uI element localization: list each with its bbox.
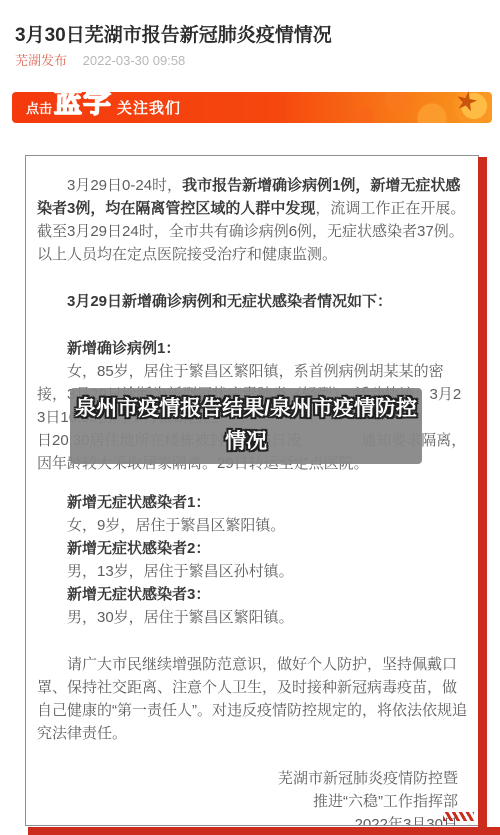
banner-follow-label: 关注我们: [117, 97, 181, 118]
asym3-text: 男，30岁，居住于繁昌区繁阳镇。: [37, 606, 468, 629]
asym1-title: 新增无症状感染者1：: [37, 491, 468, 514]
article-page: 3月30日芜湖市报告新冠肺炎疫情情况 芜湖发布 2022-03-30 09:58…: [0, 0, 500, 835]
asym2-title: 新增无症状感染者2：: [37, 537, 468, 560]
asym2-text: 男，13岁，居住于繁昌区孙村镇。: [37, 560, 468, 583]
paragraph-1-start: 3月29日0-24时，: [67, 177, 182, 194]
asym3-title: 新增无症状感染者3：: [37, 583, 468, 606]
page-title: 3月30日芜湖市报告新冠肺炎疫情情况: [15, 23, 485, 49]
watermark-text: 泉州市疫情报告结果/泉州市疫情防控情况: [75, 397, 417, 453]
right-accent-bar: [478, 157, 487, 827]
account-name-link[interactable]: 芜湖发布: [15, 53, 67, 68]
report-paragraph-1: 3月29日0-24时，我市报告新增确诊病例1例，新增无症状感染者3例，均在隔离管…: [37, 174, 468, 266]
star-icon: ★: [452, 84, 481, 119]
signature-date: 2022年3月30日: [37, 813, 458, 826]
banner-click-label: 点击: [26, 98, 52, 117]
closing-paragraph: 请广大市民继续增强防范意识，做好个人防护，坚持佩戴口罩、保持社交距离、注意个人卫…: [37, 653, 468, 745]
watermark-overlay: 泉州市疫情报告结果/泉州市疫情防控情况: [70, 388, 422, 464]
signature-line-2: 推进“六稳”工作指挥部: [37, 790, 458, 813]
asymptomatic-cases: 新增无症状感染者1： 女，9岁，居住于繁昌区繁阳镇。 新增无症状感染者2： 男，…: [37, 491, 468, 629]
signature-line-1: 芜湖市新冠肺炎疫情防控暨: [37, 767, 458, 790]
hatch-decoration: [443, 812, 474, 821]
case1-title: 新增确诊病例1：: [37, 337, 468, 360]
publish-timestamp: 2022-03-30 09:58: [83, 53, 186, 68]
report-card: 3月29日0-24时，我市报告新增确诊病例1例，新增无症状感染者3例，均在隔离管…: [25, 155, 479, 826]
banner-blue-text: 蓝字: [54, 81, 112, 121]
bottom-accent-bar: [28, 827, 500, 835]
follow-banner[interactable]: 点击 蓝字 关注我们 ★: [12, 92, 492, 123]
signature-block: 芜湖市新冠肺炎疫情防控暨 推进“六稳”工作指挥部 2022年3月30日: [37, 767, 468, 826]
article-meta: 芜湖发布 2022-03-30 09:58: [15, 50, 185, 69]
section-heading: 3月29日新增确诊病例和无症状感染者情况如下：: [37, 290, 468, 313]
asym1-text: 女，9岁，居住于繁昌区繁阳镇。: [37, 514, 468, 537]
